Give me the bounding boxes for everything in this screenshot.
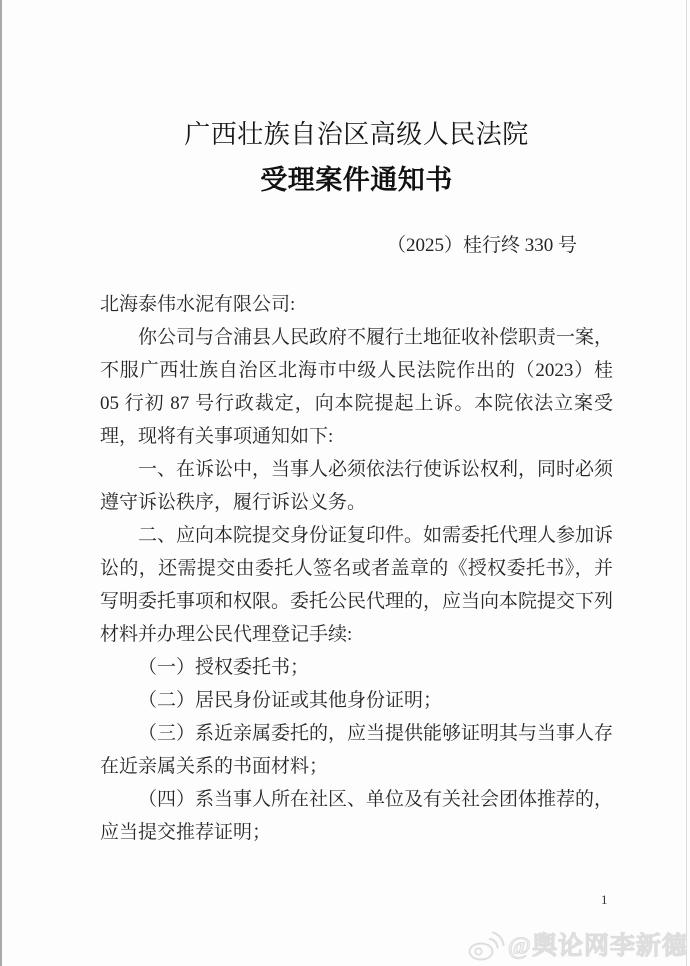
court-name: 广西壮族自治区高级人民法院 (100, 114, 613, 151)
paragraph-case-summary: 你公司与合浦县人民政府不履行土地征收补偿职责一案，不服广西壮族自治区北海市中级人… (100, 321, 613, 453)
paragraph-subitem-1: （一）授权委托书； (100, 651, 613, 684)
watermark-text: @舆论网李新德 (508, 926, 688, 962)
case-number: （2025）桂行终 330 号 (100, 230, 613, 257)
watermark: @舆论网李新德 (466, 924, 688, 964)
addressee-line: 北海泰伟水泥有限公司: (100, 288, 613, 321)
scan-right-edge (686, 0, 687, 966)
scan-left-edge (0, 0, 2, 966)
paragraph-subitem-2: （二）居民身份证或其他身份证明； (100, 684, 613, 717)
paragraph-subitem-4: （四）系当事人所在社区、单位及有关社会团体推荐的，应当提交推荐证明； (100, 783, 613, 849)
weibo-icon (466, 924, 506, 964)
document-body: 北海泰伟水泥有限公司: 你公司与合浦县人民政府不履行土地征收补偿职责一案，不服广… (100, 288, 613, 849)
document-page: 广西壮族自治区高级人民法院 受理案件通知书 （2025）桂行终 330 号 北海… (0, 0, 690, 966)
page-number: 1 (601, 892, 608, 908)
paragraph-subitem-3: （三）系近亲属委托的，应当提供能够证明其与当事人存在近亲属关系的书面材料； (100, 717, 613, 783)
paragraph-item-1: 一、在诉讼中，当事人必须依法行使诉讼权利，同时必须遵守诉讼秩序，履行诉讼义务。 (100, 453, 613, 519)
paragraph-item-2: 二、应向本院提交身份证复印件。如需委托代理人参加诉讼的，还需提交由委托人签名或者… (100, 519, 613, 651)
document-title: 受理案件通知书 (100, 158, 613, 197)
